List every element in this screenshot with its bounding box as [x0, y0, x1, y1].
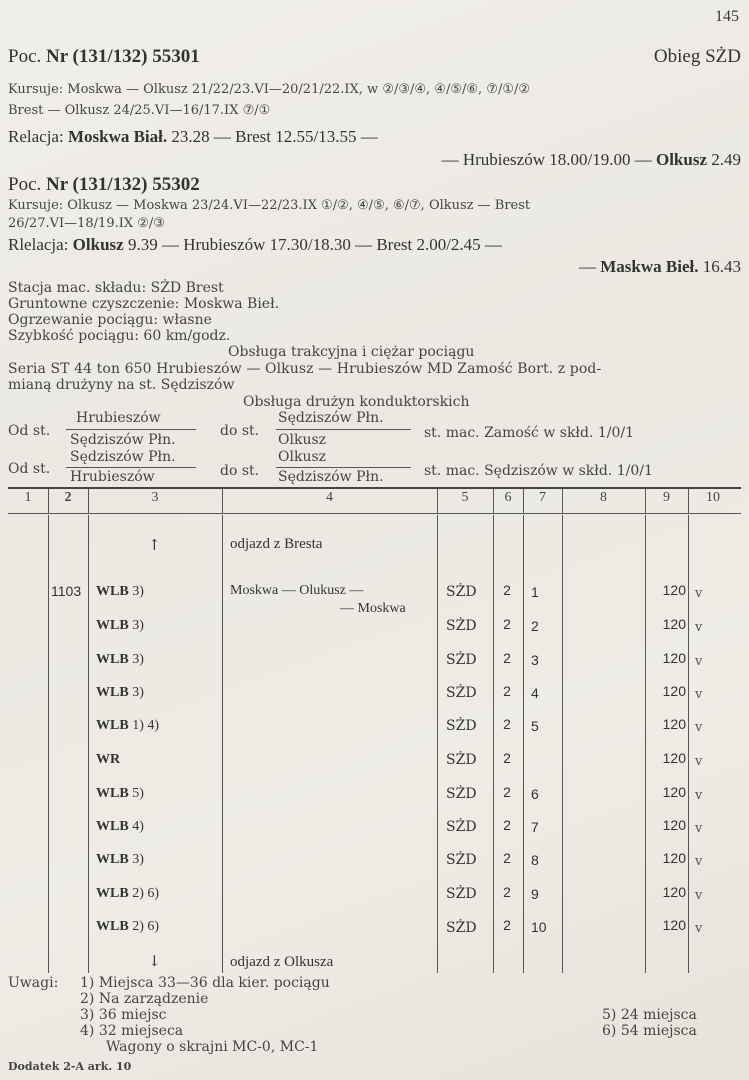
train2-title: Poc. Nr (131/132) 55302 [8, 174, 200, 196]
table-header-rule [8, 513, 741, 514]
wagony-note: Wagony o skrajni MC-0, MC-1 [106, 1039, 318, 1055]
note-text: 32 miejseca [99, 1023, 183, 1039]
col-line [88, 515, 89, 973]
car-note: 3) [132, 852, 144, 867]
car-owner: SŻD [446, 852, 477, 868]
crew2-do-bottom: Sędziszów Płn. [278, 469, 384, 485]
note-2: 2) Na zarządzenie [80, 991, 208, 1007]
car-owner: SŻD [446, 718, 477, 734]
car-v: v [695, 921, 702, 936]
crew2-mac: st. mac. Sędziszów w skłd. 1/0/1 [424, 463, 653, 479]
train1-relacja-line2: — Hrubieszów 18.00/19.00 — Olkusz 2.49 [442, 150, 741, 170]
relacja-rest: 9.39 — Hrubieszów 17.30/18.30 — Brest 2.… [128, 235, 502, 254]
table-top-rule [8, 487, 741, 489]
note-text: 24 miejsca [621, 1007, 697, 1023]
car-class: 2 [500, 884, 514, 900]
car-type: WLB [96, 886, 129, 901]
note-text: Na zarządzenie [99, 991, 209, 1007]
col-header-1: 1 [8, 490, 48, 506]
relacja-label: Rlelacja: [8, 235, 68, 254]
crew1-do-divider [276, 429, 411, 430]
route-line2: — Moskwa [340, 601, 406, 617]
train2-relacja-line2: — Maskwa Bieł. 16.43 [579, 257, 741, 277]
druzyny-heading: Obsługa drużyn konduktorskich [243, 394, 470, 410]
car-v: v [695, 620, 702, 635]
train1-relacja-line1: Relacja: Moskwa Biał. 23.28 — Brest 12.5… [8, 127, 378, 147]
train1-title: Poc. Nr (131/132) 55301 [8, 46, 200, 68]
col-line [562, 515, 563, 973]
footer-appendix: Dodatek 2-A ark. 10 [8, 1060, 131, 1073]
car-note: 3) [132, 584, 144, 599]
car-number: 10 [531, 919, 553, 935]
relacja-time: 16.43 [703, 257, 741, 276]
crew1-do-top: Sędziszów Płn. [278, 410, 384, 426]
train1-number: Nr (131/132) 55301 [46, 46, 200, 67]
car-speed: 120 [650, 884, 686, 900]
crew2-do-label: do st. [220, 463, 259, 479]
col-header-10: 10 [688, 490, 738, 506]
group-id: 1103 [51, 583, 81, 599]
trakcja-heading: Obsługa trakcyjna i ciężar pociągu [228, 344, 474, 360]
col-line [493, 515, 494, 973]
car-speed: 120 [650, 917, 686, 933]
timetable-page: 145 Poc. Nr (131/132) 55301 Obieg SŻD Ku… [0, 0, 749, 1080]
notes-label: Uwagi: [8, 975, 58, 991]
car-owner: SŻD [446, 786, 477, 802]
train1-kursuje-line1: Kursuje: Moskwa — Olkusz 21/22/23.VI—20/… [8, 82, 530, 97]
car-v: v [695, 687, 702, 702]
crew1-od-top: Hrubieszów [76, 410, 161, 426]
car-number: 4 [531, 685, 553, 701]
note-6: 6) 54 miejsca [602, 1023, 697, 1039]
col-header-2: 2 [48, 490, 88, 506]
train2-kursuje-line1: Kursuje: Olkusz — Moskwa 23/24.VI—22/23.… [8, 198, 530, 213]
car-note: 4) [132, 819, 144, 834]
car-number: 7 [531, 819, 553, 835]
start-text: odjazd z Bresta [230, 536, 322, 553]
car-type: WLB [96, 852, 129, 867]
note-1: 1) Miejsca 33—36 dla kier. pociągu [80, 975, 330, 991]
car-type: WLB [96, 919, 129, 934]
crew2-od-label: Od st. [8, 461, 50, 477]
col-line [437, 515, 438, 973]
car-number: 8 [531, 852, 553, 868]
car-class: 2 [500, 817, 514, 833]
relacja-start: Olkusz [73, 235, 124, 254]
car-number: 2 [531, 618, 553, 634]
train2-kursuje-line2: 26/27.VI—18/19.IX ②/③ [8, 216, 165, 231]
col-header-8: 8 [562, 490, 645, 506]
crew1-do-bottom: Olkusz [278, 432, 326, 448]
car-class: 2 [500, 582, 514, 598]
car-owner: SŻD [446, 584, 477, 600]
relacja-end: Maskwa Bieł. [600, 257, 698, 276]
crew1-od-bottom: Sędziszów Płn. [70, 432, 176, 448]
page-number: 145 [715, 8, 739, 26]
relacja-start: Moskwa Biał. [68, 127, 167, 146]
col-header-5: 5 [437, 490, 493, 506]
train1-prefix: Poc. [8, 46, 41, 67]
col-line [645, 515, 646, 973]
relacja-end: Olkusz [656, 150, 707, 169]
car-note: 3) [132, 685, 144, 700]
car-number: 3 [531, 652, 553, 668]
note-text: Miejsca 33—36 dla kier. pociągu [99, 975, 330, 991]
car-v: v [695, 586, 702, 601]
col-header-6: 6 [493, 490, 523, 506]
col-header-3: 3 [88, 490, 222, 506]
car-type: WLB [96, 786, 129, 801]
car-v: v [695, 654, 702, 669]
car-v: v [695, 720, 702, 735]
car-class: 2 [500, 683, 514, 699]
car-class: 2 [500, 850, 514, 866]
col-header-7: 7 [523, 490, 562, 506]
relacja-time: 2.49 [711, 150, 741, 169]
note-text: 54 miejsca [621, 1023, 697, 1039]
train1-kursuje-line2: Brest — Olkusz 24/25.VI—16/17.IX ⑦/① [8, 103, 270, 118]
note-3: 3) 36 miejsc [80, 1007, 167, 1023]
car-number: 6 [531, 786, 553, 802]
car-class: 2 [500, 917, 514, 933]
car-owner: SŻD [446, 920, 477, 936]
car-note: 3) [132, 652, 144, 667]
train1-obieg: Obieg SŻD [654, 46, 741, 68]
stacja-info: Stacja mac. składu: SŻD Brest [8, 280, 224, 296]
relacja-label: Relacja: [8, 127, 64, 146]
car-v: v [695, 888, 702, 903]
czyszczenie-info: Gruntowne czyszczenie: Moskwa Bieł. [8, 296, 279, 312]
car-v: v [695, 788, 702, 803]
col-header-9: 9 [645, 490, 688, 506]
car-type: WLB [96, 819, 129, 834]
relacja-pre: — Hrubieszów 18.00/19.00 — [442, 150, 652, 169]
car-note: 2) 6) [132, 919, 159, 934]
col-header-4: 4 [222, 490, 437, 506]
route-line1: Moskwa — Olukusz — [230, 583, 363, 599]
car-speed: 120 [650, 650, 686, 666]
note-text: 36 miejsc [99, 1007, 167, 1023]
car-class: 2 [500, 650, 514, 666]
car-type: WLB [96, 718, 129, 733]
car-note: 3) [132, 618, 144, 633]
col-line [688, 515, 689, 973]
car-number: 5 [531, 718, 553, 734]
end-text: odjazd z Olkusza [230, 954, 333, 971]
relacja-rest: 23.28 — Brest 12.55/13.55 — [171, 127, 377, 146]
car-speed: 120 [650, 616, 686, 632]
car-type: WLB [96, 685, 129, 700]
relacja-pre: — [579, 257, 596, 276]
crew1-do-label: do st. [220, 423, 259, 439]
train2-prefix: Poc. [8, 174, 41, 195]
car-class: 2 [500, 716, 514, 732]
car-speed: 120 [650, 716, 686, 732]
szybkosc-info: Szybkość pociągu: 60 km/godz. [8, 328, 230, 344]
crew2-do-top: Olkusz [278, 449, 326, 465]
car-type: WLB [96, 584, 129, 599]
car-class: 2 [500, 784, 514, 800]
car-number: 1 [531, 584, 553, 600]
car-owner: SŻD [446, 752, 477, 768]
car-v: v [695, 854, 702, 869]
arrow-up-icon: ↑ [148, 536, 161, 554]
col-line [222, 515, 223, 973]
note-num: 4) [80, 1023, 94, 1039]
car-v: v [695, 821, 702, 836]
train2-relacja-line1: Rlelacja: Olkusz 9.39 — Hrubieszów 17.30… [8, 235, 502, 255]
train2-number: Nr (131/132) 55302 [46, 174, 200, 195]
crew1-od-label: Od st. [8, 423, 50, 439]
note-num: 5) [602, 1007, 616, 1023]
car-speed: 120 [650, 817, 686, 833]
car-note: 2) 6) [132, 886, 159, 901]
crew1-mac: st. mac. Zamość w skłd. 1/0/1 [424, 425, 634, 441]
note-5: 5) 24 miejsca [602, 1007, 697, 1023]
note-num: 1) [80, 975, 94, 991]
car-class: 2 [500, 616, 514, 632]
car-type: WR [96, 752, 120, 767]
crew2-od-top: Sędziszów Płn. [70, 449, 176, 465]
car-owner: SŻD [446, 886, 477, 902]
car-speed: 120 [650, 850, 686, 866]
crew1-od-divider [66, 429, 196, 430]
car-type: WLB [96, 618, 129, 633]
car-owner: SŻD [446, 819, 477, 835]
car-speed: 120 [650, 683, 686, 699]
col-line [523, 515, 524, 973]
car-number: 9 [531, 886, 553, 902]
seria-line2: mianą drużyny na st. Sędziszów [8, 377, 234, 393]
car-speed: 120 [650, 582, 686, 598]
note-num: 6) [602, 1023, 616, 1039]
car-owner: SŻD [446, 652, 477, 668]
crew2-od-divider [66, 467, 196, 468]
col-line [48, 515, 49, 973]
car-v: v [695, 754, 702, 769]
car-note: 5) [132, 786, 144, 801]
note-4: 4) 32 miejseca [80, 1023, 183, 1039]
car-class: 2 [500, 750, 514, 766]
car-note: 1) 4) [132, 718, 159, 733]
crew2-do-divider [276, 467, 411, 468]
car-type: WLB [96, 652, 129, 667]
note-num: 2) [80, 991, 94, 1007]
note-num: 3) [80, 1007, 94, 1023]
seria-line1: Seria ST 44 ton 650 Hrubieszów — Olkusz … [8, 361, 601, 377]
arrow-down-icon: ↓ [148, 952, 161, 970]
ogrzewanie-info: Ogrzewanie pociągu: własne [8, 312, 212, 328]
crew2-od-bottom: Hrubieszów [70, 469, 155, 485]
car-owner: SŻD [446, 618, 477, 634]
car-speed: 120 [650, 750, 686, 766]
car-owner: SŻD [446, 685, 477, 701]
car-speed: 120 [650, 784, 686, 800]
